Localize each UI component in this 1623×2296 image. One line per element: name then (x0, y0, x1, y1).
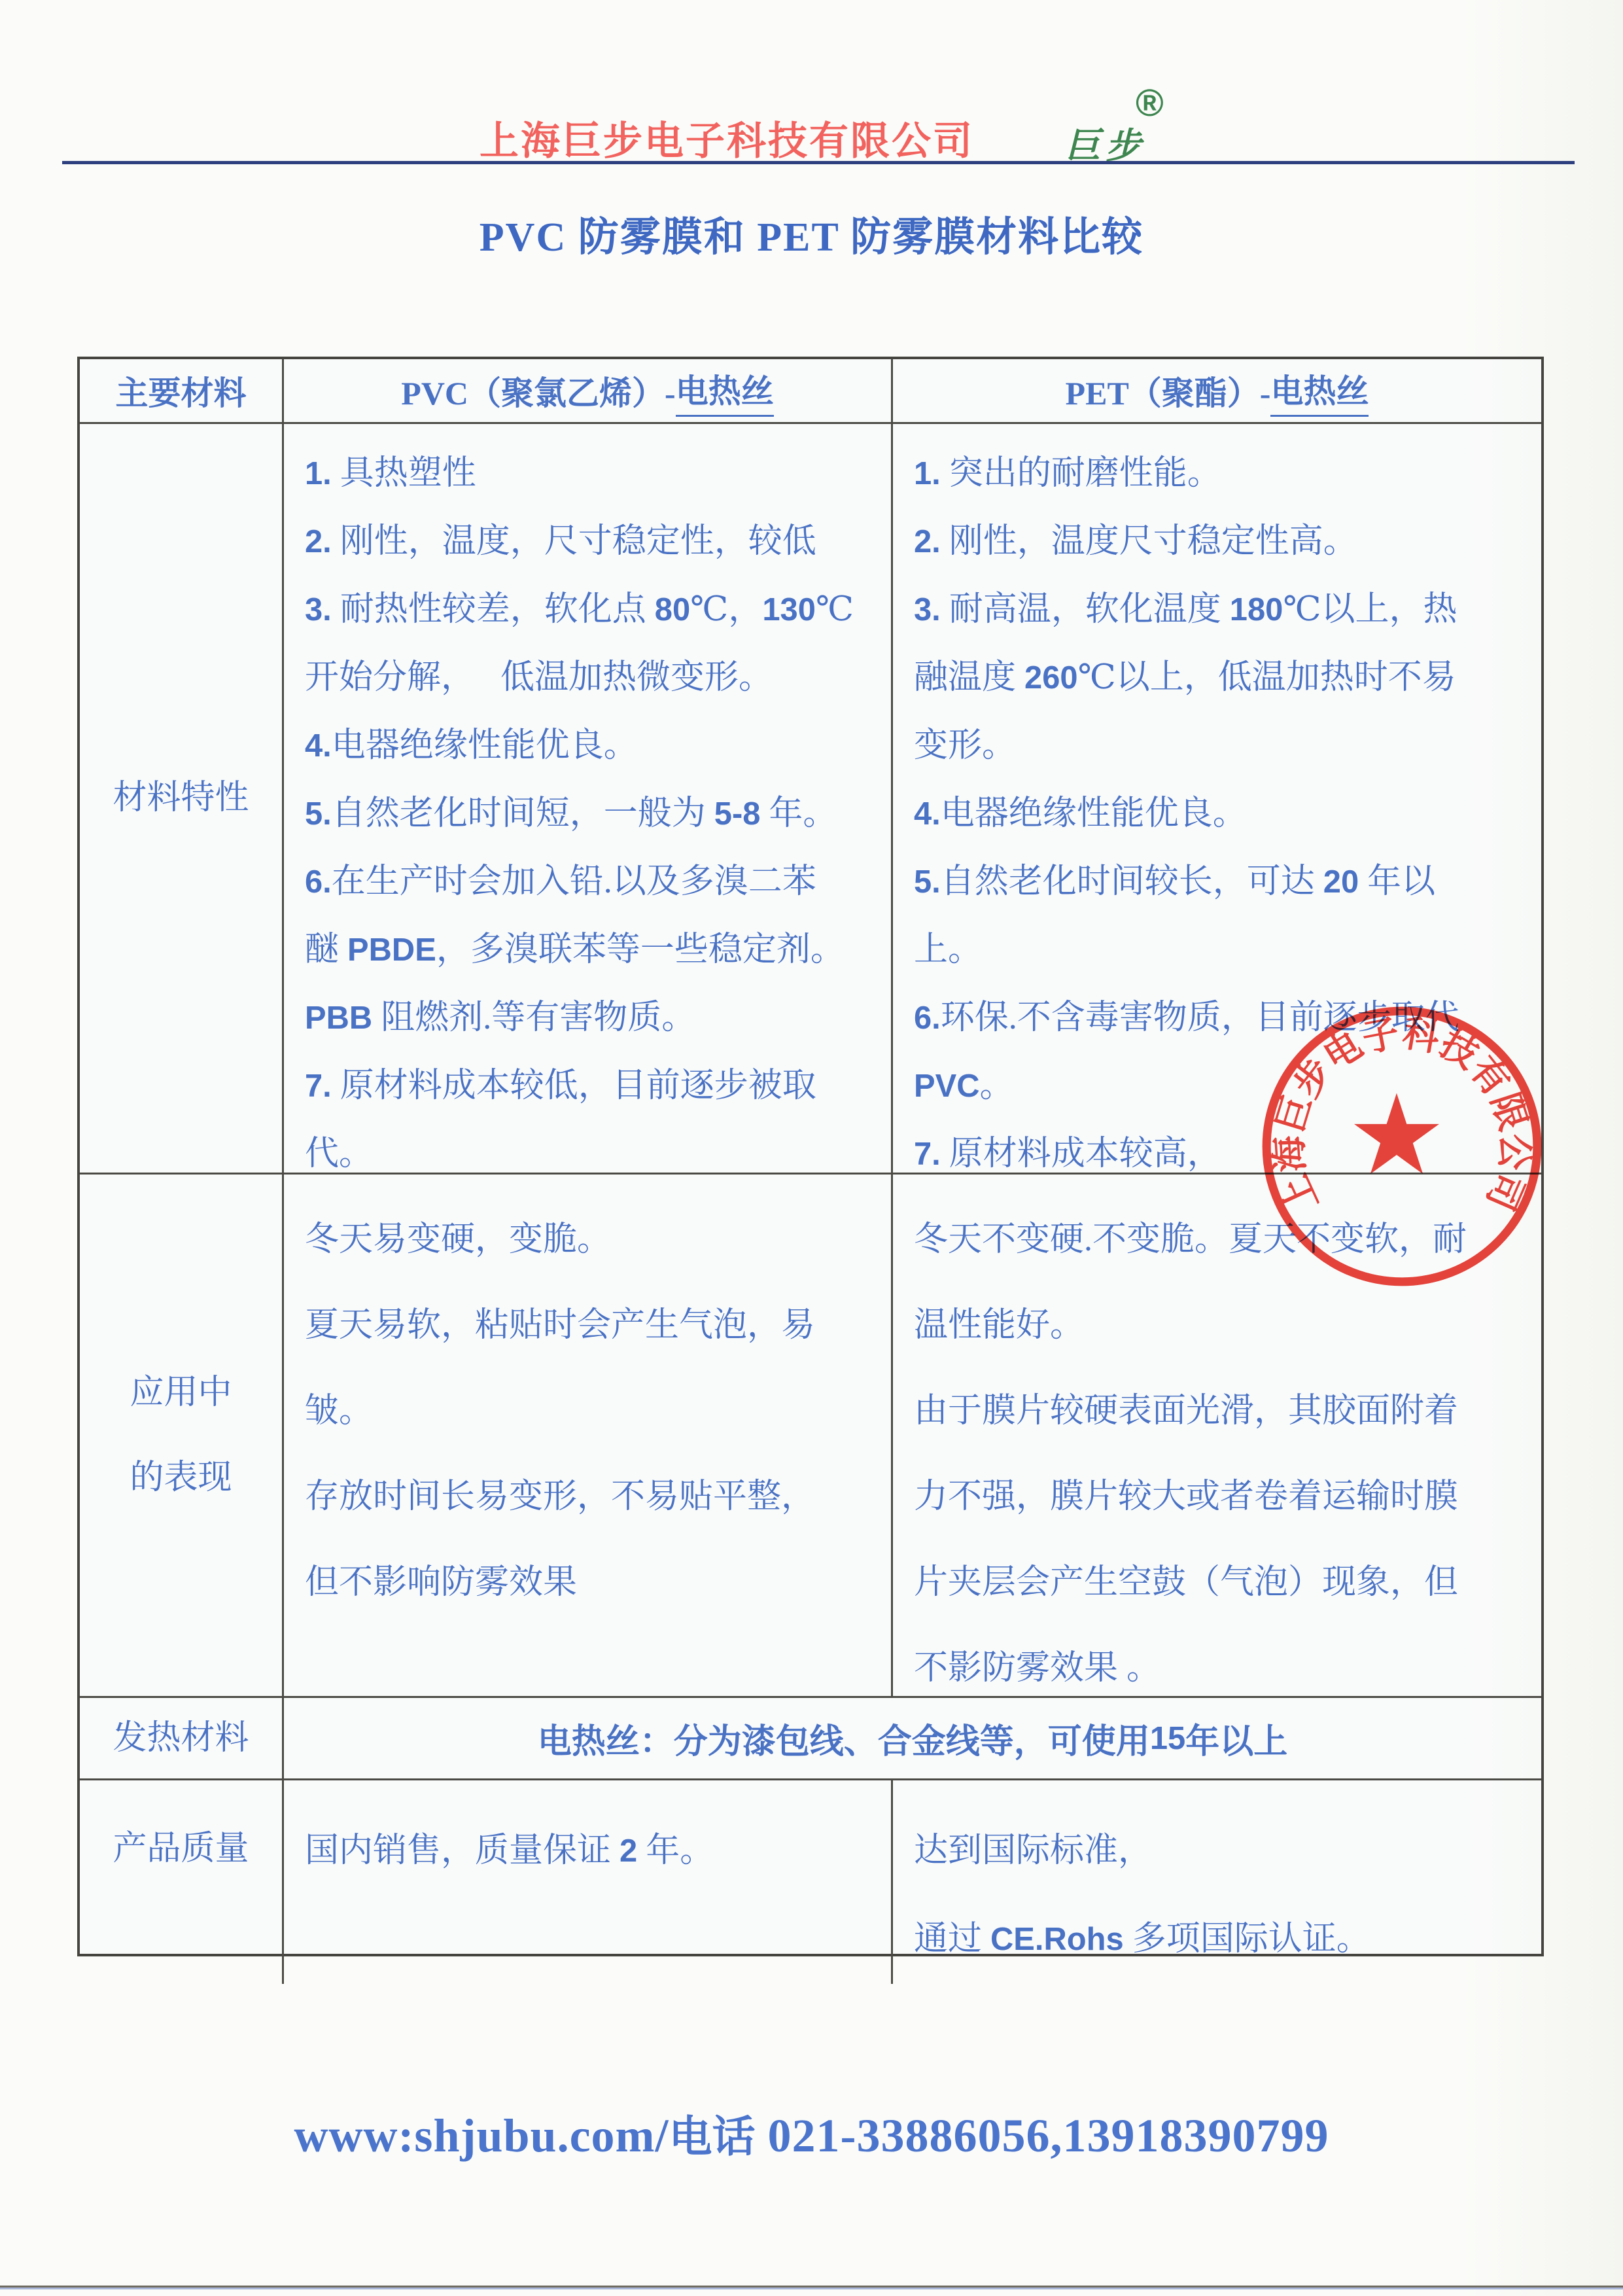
table-header-pvc: PVC（聚氯乙烯）-电热丝 (284, 359, 893, 424)
row-label-heating-material: 发热材料 (80, 1698, 284, 1780)
scanned-document-page: { "header": { "company_name": "上海巨步电子科技有… (0, 0, 1623, 2296)
application-pvc-cell: 冬天易变硬，变脆。 夏天易软，粘贴时会产生气泡，易 皱。 存放时间长易变形，不易… (284, 1174, 893, 1698)
table-header-pet-underlined: 电热丝 (1270, 365, 1369, 417)
table-header-pvc-underlined: 电热丝 (676, 365, 774, 417)
row-label-material-properties: 材料特性 (80, 424, 284, 1174)
footer-phone-label: 电话 (669, 2113, 756, 2161)
application-pet-cell: 冬天不变硬.不变脆。夏天不变软，耐 温性能好。 由于膜片较硬表面光滑，其胶面附着… (893, 1174, 1541, 1698)
material-properties-pvc-cell: 1. 具热塑性 2. 刚性，温度，尺寸稳定性，较低 3. 耐热性较差，软化点 8… (284, 424, 893, 1174)
footer-contact-line: www:shjubu.com/电话 021-33886056,139183907… (0, 2102, 1623, 2164)
footer-website: www:shjubu.com/ (294, 2110, 669, 2162)
product-quality-pet-cell: 达到国际标准， 通过 CE.Rohs 多项国际认证。 (893, 1780, 1541, 1984)
table-header-pvc-text: PVC（聚氯乙烯）- (401, 367, 675, 414)
page-title: PVC 防雾膜和 PET 防雾膜材料比较 (0, 204, 1623, 262)
scanner-edge-artifact (0, 2286, 1623, 2287)
registered-trademark-icon: ® (1136, 81, 1164, 125)
table-header-pet: PET（聚酯）-电热丝 (893, 359, 1541, 424)
table-header-main-material: 主要材料 (80, 359, 284, 424)
comparison-table: 主要材料 PVC（聚氯乙烯）-电热丝 PET（聚酯）-电热丝 材料特性 1. 具… (77, 357, 1544, 1956)
product-quality-pvc-cell: 国内销售，质量保证 2 年。 (284, 1780, 893, 1984)
table-header-pet-text: PET（聚酯）- (1066, 367, 1271, 414)
footer-phone-numbers: 021-33886056,13918390799 (756, 2110, 1329, 2162)
company-name: 上海巨步电子科技有限公司 (480, 110, 974, 166)
heating-material-merged-cell: 电热丝：分为漆包线、合金线等，可使用 15 年以上 (284, 1698, 1541, 1780)
row-label-application: 应用中 的表现 (80, 1174, 284, 1698)
header-divider (62, 161, 1575, 164)
material-properties-pet-cell: 1. 突出的耐磨性能。 2. 刚性，温度尺寸稳定性高。 3. 耐高温，软化温度 … (893, 424, 1541, 1174)
row-label-product-quality: 产品质量 (80, 1780, 284, 1984)
product-quality-label-text: 产品质量 (80, 1780, 282, 1892)
